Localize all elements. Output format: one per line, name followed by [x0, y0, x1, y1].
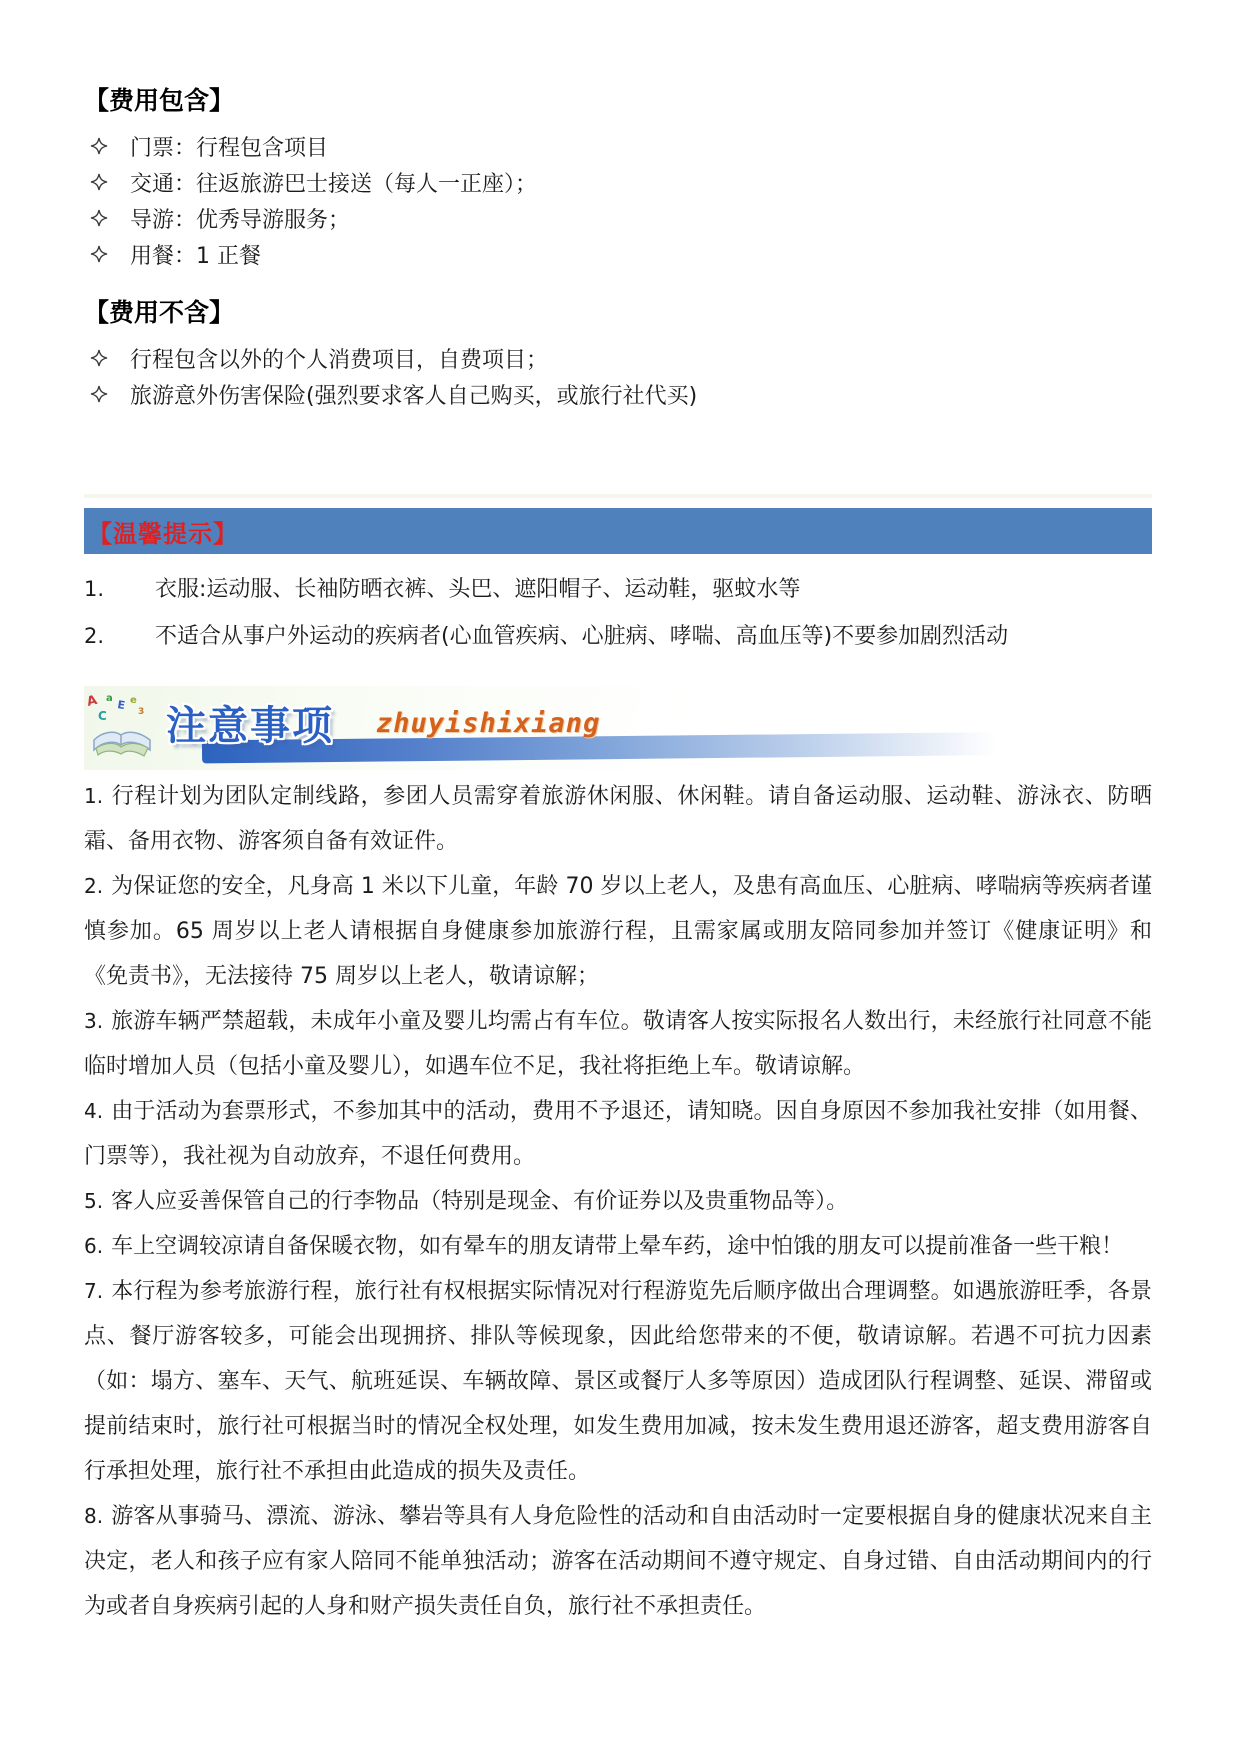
notice-note-paragraph: 1.行程计划为团队定制线路，参团人员需穿着旅游休闲服、休闲鞋。请自备运动服、运动… [84, 774, 1152, 864]
svg-text:C: C [98, 709, 107, 723]
notice-note-text: 为保证您的安全，凡身高 1 米以下儿童，年龄 70 岁以上老人，及患有高血压、心… [84, 874, 1152, 989]
svg-text:E: E [117, 698, 126, 712]
four-point-star-icon [84, 137, 130, 155]
fee-included-title: 【费用包含】 [84, 84, 1152, 118]
four-point-star-icon [84, 349, 130, 367]
tips-list: 1. 衣服:运动服、长袖防晒衣裤、头巴、遮阳帽子、运动鞋，驱蚊水等 2. 不适合… [84, 566, 1152, 660]
notice-banner-subtitle: zhuyishixiang [376, 708, 600, 739]
divider-rule [84, 494, 1152, 498]
fee-included-item-text: 交通：往返旅游巴士接送（每人一正座）； [130, 167, 537, 198]
svg-text:a: a [106, 693, 113, 704]
four-point-star-icon [84, 209, 130, 227]
tips-item-text: 衣服:运动服、长袖防晒衣裤、头巴、遮阳帽子、运动鞋，驱蚊水等 [155, 566, 800, 613]
notice-note-paragraph: 5.客人应妥善保管自己的行李物品（特别是现金、有价证券以及贵重物品等）。 [84, 1179, 1152, 1224]
open-book-letters-icon: A a E C e 3 [86, 690, 158, 766]
notice-note-number: 3. [84, 1009, 111, 1033]
document-page: 【费用包含】 门票：行程包含项目 交通：往返旅游巴士接送（每人一正座）； [0, 0, 1236, 1629]
notice-note-number: 8. [84, 1504, 111, 1528]
tips-item: 2. 不适合从事户外运动的疾病者(心血管疾病、心脏病、哮喘、高血压等)不要参加剧… [84, 613, 1152, 660]
notice-note-number: 1. [84, 784, 111, 808]
notice-note-paragraph: 8.游客从事骑马、漂流、游泳、攀岩等具有人身危险性的活动和自由活动时一定要根据自… [84, 1494, 1152, 1629]
fee-included-item-text: 门票：行程包含项目 [130, 131, 328, 162]
fee-included-item: 门票：行程包含项目 [84, 128, 1152, 164]
notice-notes: 1.行程计划为团队定制线路，参团人员需穿着旅游休闲服、休闲鞋。请自备运动服、运动… [84, 774, 1152, 1629]
notice-note-paragraph: 4.由于活动为套票形式，不参加其中的活动，费用不予退还，请知晓。因自身原因不参加… [84, 1089, 1152, 1179]
tips-item-number: 2. [84, 613, 155, 660]
fee-excluded-item: 旅游意外伤害保险(强烈要求客人自己购买，或旅行社代买) [84, 376, 1152, 412]
four-point-star-icon [84, 173, 130, 191]
notice-banner-title: 注意事项 [166, 694, 334, 751]
notice-note-text: 行程计划为团队定制线路，参团人员需穿着旅游休闲服、休闲鞋。请自备运动服、运动鞋、… [84, 784, 1152, 854]
notice-note-text: 游客从事骑马、漂流、游泳、攀岩等具有人身危险性的活动和自由活动时一定要根据自身的… [84, 1504, 1152, 1619]
tips-banner-title: 【温馨提示】 [88, 514, 238, 549]
svg-text:A: A [86, 693, 99, 710]
notice-note-number: 2. [84, 874, 111, 898]
svg-text:e: e [130, 695, 137, 706]
notice-note-paragraph: 6.车上空调较凉请自备保暖衣物，如有晕车的朋友请带上晕车药，途中怕饿的朋友可以提… [84, 1224, 1152, 1269]
notice-note-paragraph: 2.为保证您的安全，凡身高 1 米以下儿童，年龄 70 岁以上老人，及患有高血压… [84, 864, 1152, 999]
fee-excluded-title: 【费用不含】 [84, 296, 1152, 330]
tips-item-number: 1. [84, 566, 155, 613]
fee-included-item-text: 导游：优秀导游服务； [130, 203, 350, 234]
fee-excluded-item: 行程包含以外的个人消费项目，自费项目； [84, 340, 1152, 376]
four-point-star-icon [84, 245, 130, 263]
svg-text:3: 3 [138, 707, 144, 717]
four-point-star-icon [84, 385, 130, 403]
fee-excluded-list: 行程包含以外的个人消费项目，自费项目； 旅游意外伤害保险(强烈要求客人自己购买，… [84, 340, 1152, 412]
notice-note-text: 由于活动为套票形式，不参加其中的活动，费用不予退还，请知晓。因自身原因不参加我社… [84, 1099, 1152, 1169]
notice-note-text: 客人应妥善保管自己的行李物品（特别是现金、有价证券以及贵重物品等）。 [111, 1189, 848, 1214]
fee-included-item-text: 用餐：1 正餐 [130, 239, 261, 270]
fee-included-list: 门票：行程包含项目 交通：往返旅游巴士接送（每人一正座）； 导游：优秀导游服务； [84, 128, 1152, 272]
notice-note-number: 7. [84, 1279, 111, 1303]
notice-note-paragraph: 7.本行程为参考旅游行程，旅行社有权根据实际情况对行程游览先后顺序做出合理调整。… [84, 1269, 1152, 1494]
tips-item-text: 不适合从事户外运动的疾病者(心血管疾病、心脏病、哮喘、高血压等)不要参加剧烈活动 [155, 613, 1008, 660]
tips-item: 1. 衣服:运动服、长袖防晒衣裤、头巴、遮阳帽子、运动鞋，驱蚊水等 [84, 566, 1152, 613]
fee-excluded-item-text: 行程包含以外的个人消费项目，自费项目； [130, 343, 548, 374]
fee-excluded-item-text: 旅游意外伤害保险(强烈要求客人自己购买，或旅行社代买) [130, 379, 697, 410]
tips-banner: 【温馨提示】 [84, 508, 1152, 554]
fee-included-item: 导游：优秀导游服务； [84, 200, 1152, 236]
notice-note-paragraph: 3.旅游车辆严禁超载，未成年小童及婴儿均需占有车位。敬请客人按实际报名人数出行，… [84, 999, 1152, 1089]
notice-banner: A a E C e 3 注意事项 zhuyishixiang [84, 686, 1152, 770]
notice-note-text: 本行程为参考旅游行程，旅行社有权根据实际情况对行程游览先后顺序做出合理调整。如遇… [84, 1279, 1152, 1484]
fee-included-item: 用餐：1 正餐 [84, 236, 1152, 272]
notice-note-number: 6. [84, 1234, 111, 1258]
notice-note-number: 5. [84, 1189, 111, 1213]
notice-note-number: 4. [84, 1099, 111, 1123]
notice-note-text: 车上空调较凉请自备保暖衣物，如有晕车的朋友请带上晕车药，途中怕饿的朋友可以提前准… [111, 1234, 1123, 1259]
notice-note-text: 旅游车辆严禁超载，未成年小童及婴儿均需占有车位。敬请客人按实际报名人数出行，未经… [84, 1009, 1152, 1079]
fee-included-item: 交通：往返旅游巴士接送（每人一正座）； [84, 164, 1152, 200]
